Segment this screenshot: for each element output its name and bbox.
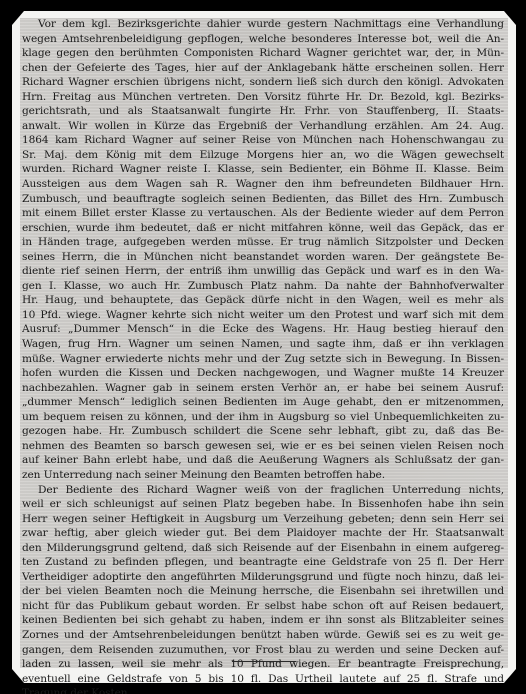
text-line: der bei vielen Beamten noch die Meinung …: [22, 584, 504, 599]
text-line: Zornes und der Amtsehrenbeleidungen benü…: [22, 628, 504, 643]
text-line: in Händen trage, aufgegeben werden müsse…: [22, 235, 504, 250]
text-line: Wagen, frug Hrn. Wagner um seinen Namen,…: [22, 337, 504, 352]
text-line: nicht für das Publikum gebaut worden. Er…: [22, 599, 504, 614]
text-line: chen der Gefeierte des Tages, hier auf d…: [22, 61, 504, 76]
text-line: Der Bediente des Richard Wagner weiß von…: [22, 483, 504, 498]
text-line: mit einem Billet erster Klasse zu vertau…: [22, 206, 504, 221]
text-line: erschien, wurde ihm bedeutet, daß er nic…: [22, 221, 504, 236]
text-line: Tragung der Kosten.: [22, 686, 504, 694]
paragraph-1: Vor dem kgl. Bezirksgerichte dahier wurd…: [22, 17, 504, 483]
text-line: 1864 kam Richard Wagner auf seiner Reise…: [22, 133, 504, 148]
text-line: gerichtsrath, und als Staatsanwalt fungi…: [22, 104, 504, 119]
text-line: weil er sich schleunigst auf seinen Plat…: [22, 497, 504, 512]
text-line: wegen Amtsehrenbeleidigung gepflogen, we…: [22, 32, 504, 47]
text-line: müße. Wagner erwiederte nichts mehr und …: [22, 352, 504, 367]
text-line: Sr. Maj. dem König mit dem Eilzuge Morge…: [22, 148, 504, 163]
text-line: Vor dem kgl. Bezirksgerichte dahier wurd…: [22, 17, 504, 32]
text-line: den Milderungsgrund geltend, daß sich Re…: [22, 541, 504, 556]
text-line: klage gegen den berühmten Componisten Ri…: [22, 46, 504, 61]
text-line: Richard Wagner erschien übrigens nicht, …: [22, 75, 504, 90]
text-line: auf keiner Bahn erlebt habe, und daß die…: [22, 453, 504, 468]
text-line: zen Unterredung nach seiner Meinung den …: [22, 468, 504, 483]
text-line: „dummer Mensch“ lediglich seinen Bedient…: [22, 395, 504, 410]
text-line: gen I. Klasse, wo auch Hr. Zumbusch Plat…: [22, 279, 504, 294]
text-line: hofen wurden die Kissen und Decken nachg…: [22, 366, 504, 381]
text-line: nehmen des Beamten so barsch gewesen sei…: [22, 439, 504, 454]
text-line: gezogen habe. Hr. Zumbusch schildert die…: [22, 424, 504, 439]
paragraph-2: Der Bediente des Richard Wagner weiß von…: [22, 483, 504, 694]
text-line: gangen, dem Reisenden zuzumuthen, vor Fr…: [22, 643, 504, 658]
text-line: diente rief seinen Herrn, der entriß ihm…: [22, 264, 504, 279]
article-text: Vor dem kgl. Bezirksgerichte dahier wurd…: [22, 17, 504, 694]
text-line: wurden. Richard Wagner reiste I. Klasse,…: [22, 162, 504, 177]
text-line: Ausruf: „Dummer Mensch“ in die Ecke des …: [22, 322, 504, 337]
text-line: keinen Bedienten bei sich gehabt zu habe…: [22, 613, 504, 628]
text-line: Zumbusch, und beauftragte sogleich seine…: [22, 192, 504, 207]
text-line: Hr. Haug, und behauptete, das Gepäck dür…: [22, 293, 504, 308]
text-line: ten Zustand zu befinden pflegen, und bea…: [22, 555, 504, 570]
text-line: zwar heftig, aber gleich wieder gut. Bei…: [22, 526, 504, 541]
text-line: anwalt. Wir wollen in Kürze das Ergebniß…: [22, 119, 504, 134]
text-line: 10 Pfd. wiege. Wagner kehrte sich nicht …: [22, 308, 504, 323]
text-line: eventuell eine Geldstrafe von 5 bis 10 f…: [22, 672, 504, 687]
text-line: Herr wegen seiner Heftigkeit in Augsburg…: [22, 512, 504, 527]
text-line: Hrn. Freitag aus München vertreten. Den …: [22, 90, 504, 105]
text-line: laden zu lassen, weil sie mehr als 10 Pf…: [22, 657, 504, 672]
text-line: um bequem reisen zu können, und der ihm …: [22, 410, 504, 425]
text-line: Aussteigen aus dem Wagen sah R. Wagner d…: [22, 177, 504, 192]
text-line: Vertheidiger adoptirte den angeführten M…: [22, 570, 504, 585]
end-rule-divider: [232, 661, 296, 662]
text-line: seines Herrn, die in München nicht beans…: [22, 250, 504, 265]
text-line: nachbezahlen. Wagner gab in seinem erste…: [22, 381, 504, 396]
